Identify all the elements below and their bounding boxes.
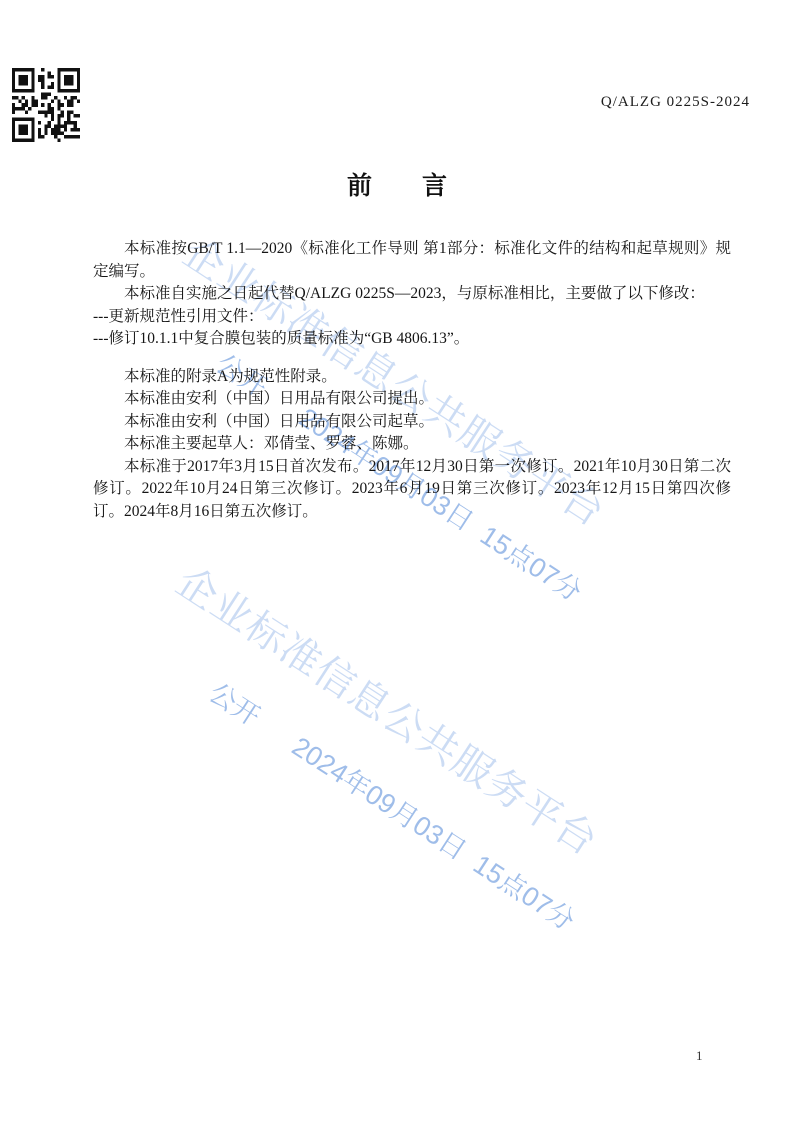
watermark-platform-text: 企业标准信息公共服务平台 (167, 551, 611, 867)
foreword-paragraph: 本标准自实施之日起代替Q/ALZG 0225S—2023，与原标准相比，主要做了… (93, 283, 731, 306)
doc-number: Q/ALZG 0225S-2024 (601, 94, 750, 111)
foreword-paragraph: 本标准按GB/T 1.1—2020《标准化工作导则 第1部分：标准化文件的结构和… (93, 238, 731, 283)
page-title: 前 言 (0, 166, 794, 202)
foreword-paragraph: 本标准的附录A为规范性附录。 (93, 366, 731, 389)
foreword-list-item: ---修订10.1.1中复合膜包装的质量标准为“GB 4806.13”。 (93, 328, 731, 351)
watermark-public-label: 公开 (204, 677, 266, 732)
page-number: 1 (696, 1048, 703, 1064)
foreword-content: 本标准按GB/T 1.1—2020《标准化工作导则 第1部分：标准化文件的结构和… (93, 238, 731, 523)
foreword-paragraph: 本标准于2017年3月15日首次发布。2017年12月30日第一次修订。2021… (93, 456, 731, 524)
document-page: 企业标准信息公共服务平台 公开2024年09月03日 15点07分 企业标准信息… (0, 0, 794, 1123)
foreword-paragraph: 本标准由安利（中国）日用品有限公司起草。 (93, 411, 731, 434)
watermark-gap (252, 727, 290, 752)
foreword-list-item: ---更新规范性引用文件： (93, 306, 731, 329)
paragraph-spacer (93, 351, 731, 366)
foreword-paragraph: 本标准主要起草人：邓倩莹、罗蓉、陈娜。 (93, 433, 731, 456)
watermark-timestamp: 2024年09月03日 15点07分 (287, 731, 580, 936)
qr-code-icon (12, 68, 80, 142)
foreword-paragraph: 本标准由安利（中国）日用品有限公司提出。 (93, 388, 731, 411)
